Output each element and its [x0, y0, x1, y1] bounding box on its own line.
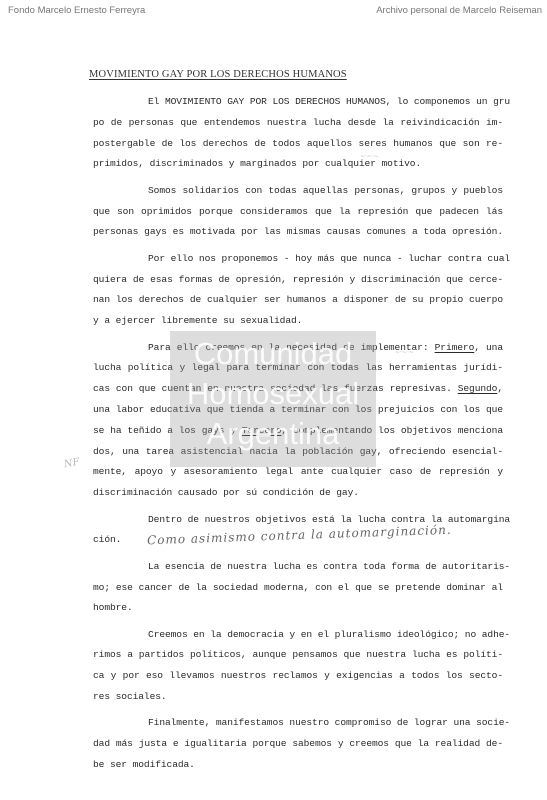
text-line: La esencia de nuestra lucha es contra to…	[93, 557, 503, 578]
paragraph-proposal: Por ello nos proponemos - hoy más que nu…	[93, 249, 503, 332]
text-line: po de personas que entendemos nuestra lu…	[93, 113, 503, 134]
text-line: dos, una tarea asistencial hacia la pobl…	[93, 442, 503, 463]
pencil-mark: ~·~·~	[360, 153, 379, 160]
text-line: quiera de esas formas de opresión, repre…	[93, 270, 503, 291]
text-line: mente, apoyo y asesoramiento legal ante …	[93, 462, 503, 483]
text-line: be ser modificada.	[93, 755, 503, 776]
document-body: El MOVIMIENTO GAY POR LOS DERECHOS HUMAN…	[93, 92, 503, 781]
text-line: El MOVIMIENTO GAY POR LOS DERECHOS HUMAN…	[93, 92, 503, 113]
text-line: personas gays es motivada por las mismas…	[93, 222, 503, 243]
text-line: Para ello creemos en la necesidad de imp…	[93, 338, 503, 359]
text-line: discriminación causado por sú condición …	[93, 483, 503, 504]
text-line: res sociales.	[93, 687, 503, 708]
text-line: Finalmente, manifestamos nuestro comprom…	[93, 713, 503, 734]
text-line: dad más justa e igualitaria porque sabem…	[93, 734, 503, 755]
text-line: y a ejercer libremente su sexualidad.	[93, 311, 503, 332]
paragraph-democracy: Creemos en la democracia y en el plurali…	[93, 625, 503, 708]
archive-fund-label: Fondo Marcelo Ernesto Ferreyra	[8, 5, 145, 16]
archive-owner-label: Archivo personal de Marcelo Reiseman	[376, 5, 542, 16]
text-line: que son oprimidos porque consideramos qu…	[93, 202, 503, 223]
text-line: lucha política y legal para terminar con…	[93, 358, 503, 379]
text-line: primidos, discriminados y marginados por…	[93, 154, 503, 175]
text-line: postergable de los derechos de todos aqu…	[93, 134, 503, 155]
text-line: mo; ese cancer de la sociedad moderna, c…	[93, 578, 503, 599]
paragraph-objectives: Para ello creemos en la necesidad de imp…	[93, 338, 503, 504]
text-line: se ha teñido a los gays y Tercero, compl…	[93, 421, 503, 442]
text-line: cas con que cuentan en nuestra sociedad …	[93, 379, 503, 400]
paragraph-authoritarianism: La esencia de nuestra lucha es contra to…	[93, 557, 503, 619]
text-line: nan los derechos de cualquier ser humano…	[93, 290, 503, 311]
margin-annotation: NF	[63, 457, 80, 471]
text-line: Somos solidarios con todas aquellas pers…	[93, 181, 503, 202]
text-line: hombre.	[93, 598, 503, 619]
text-line: ca y por eso llevamos nuestros reclamos …	[93, 666, 503, 687]
text-line: Creemos en la democracia y en el plurali…	[93, 625, 503, 646]
document-title: MOVIMIENTO GAY POR LOS DERECHOS HUMANOS	[89, 69, 347, 80]
text-line: una labor educativa que tienda a termina…	[93, 400, 503, 421]
paragraph-solidarity: Somos solidarios con todas aquellas pers…	[93, 181, 503, 243]
text-line: rimos a partidos políticos, aunque pensa…	[93, 645, 503, 666]
text-line: Por ello nos proponemos - hoy más que nu…	[93, 249, 503, 270]
pencil-mark: ~·~·~	[395, 349, 414, 356]
paragraph-intro: El MOVIMIENTO GAY POR LOS DERECHOS HUMAN…	[93, 92, 503, 175]
paragraph-conclusion: Finalmente, manifestamos nuestro comprom…	[93, 713, 503, 775]
